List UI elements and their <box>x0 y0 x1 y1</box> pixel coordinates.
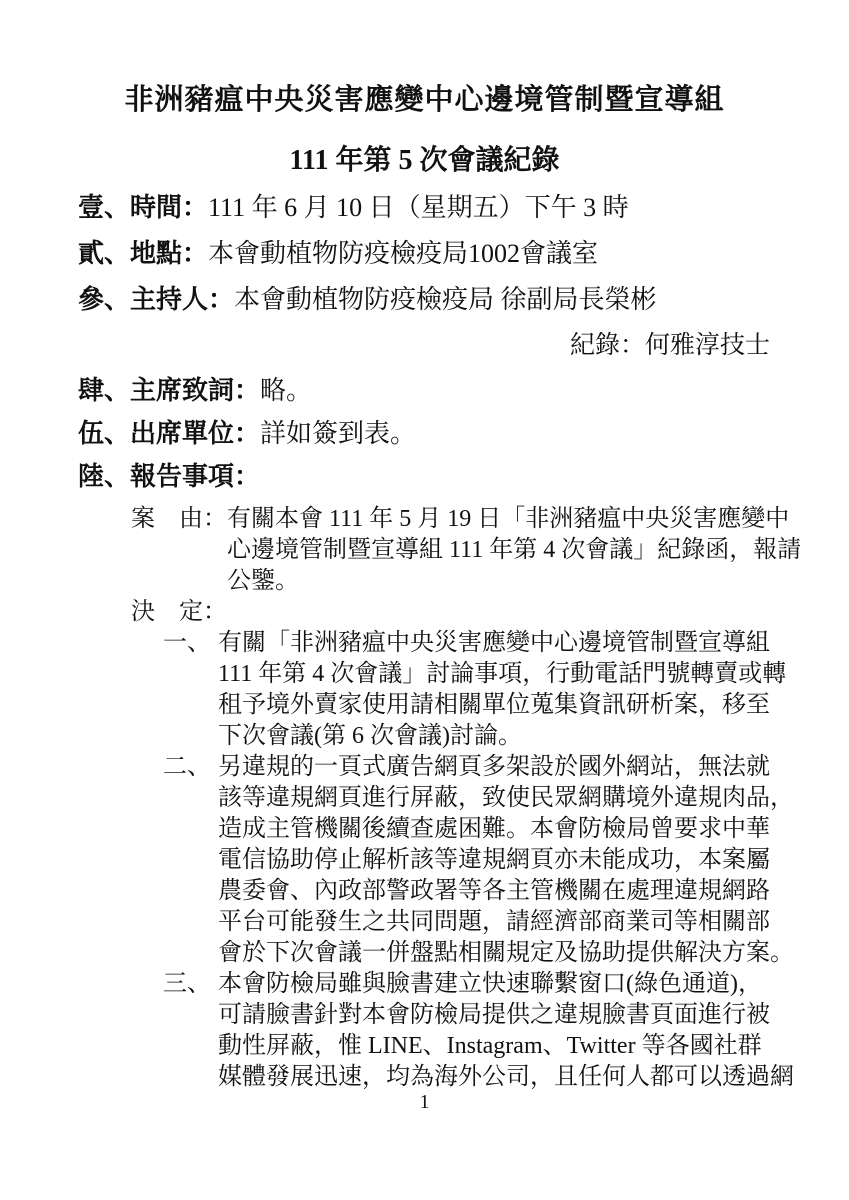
decision-line: 會於下次會議一併盤點相關規定及協助提供解決方案。 <box>218 938 794 969</box>
decision-label: 決 定： <box>131 597 849 628</box>
case-lines: 有關本會 111 年 5 月 19 日「非洲豬瘟中央災害應變中 心邊境管制暨宣導… <box>227 504 801 597</box>
section-label: 伍、出席單位： <box>78 419 260 448</box>
decision-line: 有關「非洲豬瘟中央災害應變中心邊境管制暨宣導組 <box>218 628 786 659</box>
case-line: 公鑒。 <box>227 566 801 597</box>
meta-label: 貳、地點： <box>78 239 208 268</box>
section-value: 詳如簽到表。 <box>260 419 416 448</box>
meta-value: 本會動植物防疫檢疫局 徐副局長榮彬 <box>234 285 657 314</box>
decision-lines: 另違規的一頁式廣告網頁多架設於國外網站，無法就 該等違規網頁進行屏蔽，致使民眾網… <box>218 752 794 969</box>
decision-line: 本會防檢局雖與臉書建立快速聯繫窗口(綠色通道)， <box>218 969 794 1000</box>
decision-line: 造成主管機關後續查處困難。本會防檢局曾要求中華 <box>218 814 794 845</box>
page-number: 1 <box>0 1090 849 1114</box>
decision-line: 動性屏蔽，惟 LINE、Instagram、Twitter 等各國社群 <box>218 1031 794 1062</box>
decision-line: 平台可能發生之共同問題，請經濟部商業司等相關部 <box>218 907 794 938</box>
document-page: 非洲豬瘟中央災害應變中心邊境管制暨宣導組 111 年第 5 次會議紀錄 壹、時間… <box>0 0 849 1200</box>
decision-number: 二、 <box>163 752 218 783</box>
meta-line-time: 壹、時間：111 年 6 月 10 日（星期五）下午 3 時 <box>78 185 772 231</box>
decision-lines: 有關「非洲豬瘟中央災害應變中心邊境管制暨宣導組 111 年第 4 次會議」討論事… <box>218 628 786 752</box>
meta-label: 參、主持人： <box>78 285 234 314</box>
decision-number: 三、 <box>163 969 218 1000</box>
decision-line: 可請臉書針對本會防檢局提供之違規臉書頁面進行被 <box>218 1000 794 1031</box>
case-line: 心邊境管制暨宣導組 111 年第 4 次會議」紀錄函，報請 <box>227 535 801 566</box>
meta-label: 壹、時間： <box>78 193 208 222</box>
document-subtitle: 111 年第 5 次會議紀錄 <box>0 144 849 178</box>
case-row: 案 由： 有關本會 111 年 5 月 19 日「非洲豬瘟中央災害應變中 心邊境… <box>131 504 849 597</box>
case-label: 案 由： <box>131 504 227 535</box>
decision-line: 媒體發展迅速，均為海外公司，且任何人都可以透過網 <box>218 1062 794 1093</box>
meta-block: 壹、時間：111 年 6 月 10 日（星期五）下午 3 時 貳、地點：本會動植… <box>78 185 772 323</box>
section-line-attendees: 伍、出席單位：詳如簽到表。 <box>78 412 772 455</box>
meta-line-chair: 參、主持人：本會動植物防疫檢疫局 徐副局長榮彬 <box>78 277 772 323</box>
meta-value: 本會動植物防疫檢疫局1002會議室 <box>208 239 598 268</box>
decision-line: 農委會、內政部警政署等各主管機關在處理違規網路 <box>218 876 794 907</box>
decision-line: 租予境外賣家使用請相關單位蒐集資訊研析案，移至 <box>218 690 786 721</box>
decision-line: 另違規的一頁式廣告網頁多架設於國外網站，無法就 <box>218 752 794 783</box>
meta-value: 111 年 6 月 10 日（星期五）下午 3 時 <box>208 193 629 222</box>
decision-line: 該等違規網頁進行屏蔽，致使民眾網購境外違規肉品， <box>218 783 794 814</box>
decision-lines: 本會防檢局雖與臉書建立快速聯繫窗口(綠色通道)， 可請臉書針對本會防檢局提供之違… <box>218 969 794 1093</box>
decision-list: 一、 有關「非洲豬瘟中央災害應變中心邊境管制暨宣導組 111 年第 4 次會議」… <box>163 628 849 1093</box>
section-value: 略。 <box>260 376 312 405</box>
decision-line: 下次會議(第 6 次會議)討論。 <box>218 721 786 752</box>
sections-block: 肆、主席致詞：略。 伍、出席單位：詳如簽到表。 陸、報告事項： <box>78 369 772 498</box>
report-block: 案 由： 有關本會 111 年 5 月 19 日「非洲豬瘟中央災害應變中 心邊境… <box>131 504 849 1093</box>
decision-item-2: 二、 另違規的一頁式廣告網頁多架設於國外網站，無法就 該等違規網頁進行屏蔽，致使… <box>163 752 849 969</box>
section-line-reports: 陸、報告事項： <box>78 455 772 498</box>
decision-item-3: 三、 本會防檢局雖與臉書建立快速聯繫窗口(綠色通道)， 可請臉書針對本會防檢局提… <box>163 969 849 1093</box>
section-label: 陸、報告事項： <box>78 462 260 491</box>
meta-line-place: 貳、地點：本會動植物防疫檢疫局1002會議室 <box>78 231 772 277</box>
decision-line: 111 年第 4 次會議」討論事項，行動電話門號轉賣或轉 <box>218 659 786 690</box>
document-title: 非洲豬瘟中央災害應變中心邊境管制暨宣導組 <box>0 82 849 118</box>
recorder-line: 紀錄：何雅淳技士 <box>0 323 770 369</box>
decision-number: 一、 <box>163 628 218 659</box>
decision-item-1: 一、 有關「非洲豬瘟中央災害應變中心邊境管制暨宣導組 111 年第 4 次會議」… <box>163 628 849 752</box>
section-label: 肆、主席致詞： <box>78 376 260 405</box>
decision-line: 電信協助停止解析該等違規網頁亦未能成功，本案屬 <box>218 845 794 876</box>
case-line: 有關本會 111 年 5 月 19 日「非洲豬瘟中央災害應變中 <box>227 504 801 535</box>
section-line-opening: 肆、主席致詞：略。 <box>78 369 772 412</box>
